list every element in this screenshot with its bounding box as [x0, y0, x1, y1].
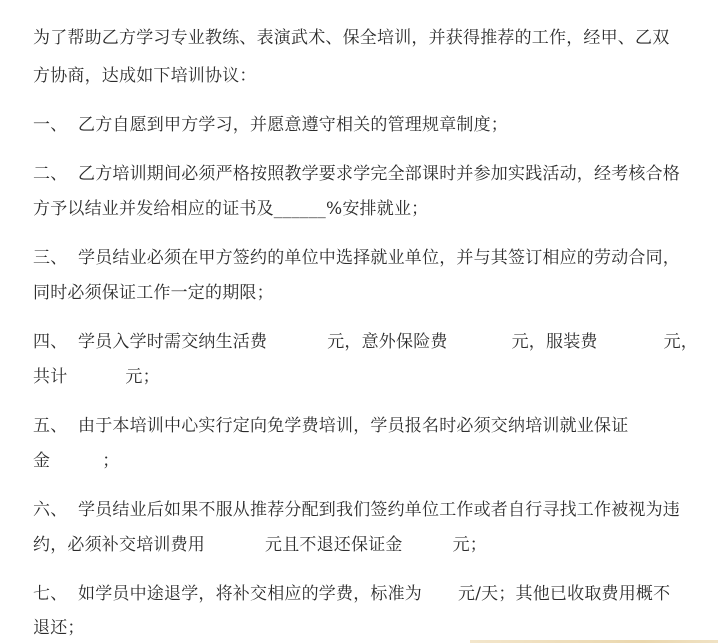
intro-line-1: 为了帮助乙方学习专业教练、表演武术、保全培训，并获得推荐的工作，经甲、乙双: [33, 28, 669, 48]
clause-number: 七、: [33, 584, 78, 604]
clause-text: 乙方培训期间必须严格按照教学要求学完全部课时并参加实践活动，经考核合格: [78, 164, 680, 184]
clause-number: 一、: [33, 115, 78, 135]
clause-2-cont: 方予以结业并发给相应的证书及______%安排就业；: [33, 199, 428, 219]
clause-number: 六、: [33, 500, 78, 520]
clause-6-cont: 约，必须补交培训费用元且不退还保证金元；: [33, 535, 487, 555]
clause-7-cont: 退还；: [33, 618, 85, 638]
clause-number: 四、: [33, 332, 78, 352]
clause-7: 七、如学员中途退学，将补交相应的学费，标准为元/天；其他已收取费用概不: [33, 584, 670, 604]
clause-text: 元，服装费: [512, 332, 598, 352]
clause-text: 由于本培训中心实行定向免学费培训，学员报名时必须交纳培训就业保证: [78, 416, 628, 436]
clause-number: 五、: [33, 416, 78, 436]
clause-4-cont: 共计元；: [33, 367, 160, 387]
clause-text: ；: [102, 451, 119, 471]
clause-text: 元/天；其他已收取费用概不: [458, 584, 670, 604]
clause-number: 二、: [33, 164, 78, 184]
clause-3: 三、学员结业必须在甲方签约的单位中选择就业单位，并与其签订相应的劳动合同，: [33, 248, 680, 268]
clause-6: 六、学员结业后如果不服从推荐分配到我们签约单位工作或者自行寻找工作被视为违: [33, 500, 680, 520]
clause-text: 学员结业必须在甲方签约的单位中选择就业单位，并与其签订相应的劳动合同，: [78, 248, 680, 268]
clause-text: 学员结业后如果不服从推荐分配到我们签约单位工作或者自行寻找工作被视为违: [78, 500, 680, 520]
clause-2: 二、乙方培训期间必须严格按照教学要求学完全部课时并参加实践活动，经考核合格: [33, 164, 680, 184]
clause-text: 如学员中途退学，将补交相应的学费，标准为: [78, 584, 422, 604]
intro-line-2: 方协商，达成如下培训协议：: [33, 66, 257, 86]
clause-text: 元；: [125, 367, 159, 387]
clause-5-cont: 金；: [33, 451, 119, 471]
clause-text: 共计: [33, 367, 67, 387]
clause-5: 五、由于本培训中心实行定向免学费培训，学员报名时必须交纳培训就业保证: [33, 416, 628, 436]
clause-text: 元；: [453, 535, 487, 555]
clause-text: 元，: [664, 332, 698, 352]
clause-text: 约，必须补交培训费用: [33, 535, 205, 555]
clause-text: 乙方自愿到甲方学习，并愿意遵守相关的管理规章制度；: [78, 115, 508, 135]
clause-4: 四、学员入学时需交纳生活费元，意外保险费元，服装费元，: [33, 332, 698, 352]
clause-3-cont: 同时必须保证工作一定的期限；: [33, 283, 274, 303]
clause-text: 学员入学时需交纳生活费: [78, 332, 267, 352]
clause-number: 三、: [33, 248, 78, 268]
clause-text: 元，意外保险费: [327, 332, 447, 352]
clause-1: 一、乙方自愿到甲方学习，并愿意遵守相关的管理规章制度；: [33, 115, 508, 135]
clause-text: 金: [33, 451, 50, 471]
clause-text: 元且不退还保证金: [265, 535, 403, 555]
